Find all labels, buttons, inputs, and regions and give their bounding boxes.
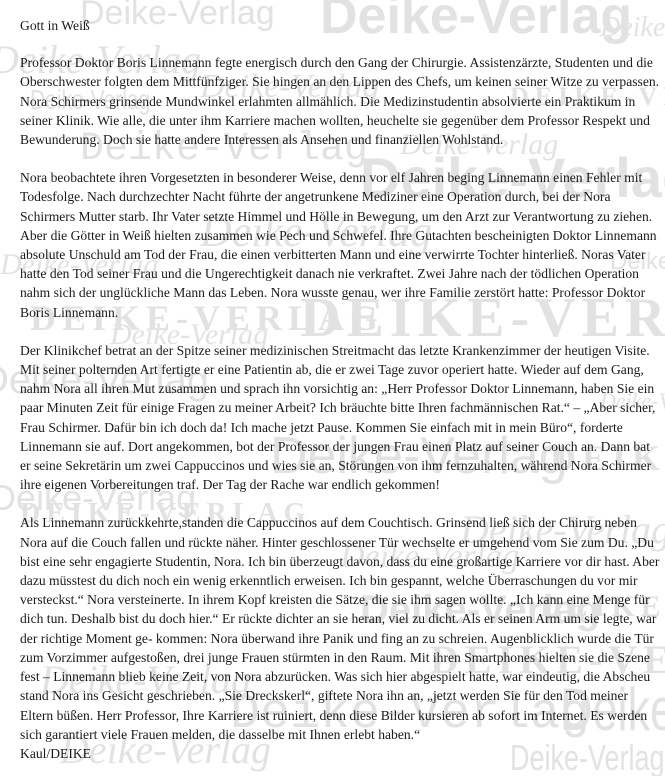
document-body: Gott in Weiß Professor Doktor Boris Linn… xyxy=(20,16,660,763)
paragraph: Der Klinikchef betrat an der Spitze sein… xyxy=(20,341,660,495)
paragraph: Nora beobachtete ihren Vorgesetzten in b… xyxy=(20,168,660,322)
author-signature: Kaul/DEIKE xyxy=(20,744,660,763)
paragraph: Professor Doktor Boris Linnemann fegte e… xyxy=(20,53,660,149)
paragraph: Als Linnemann zurückkehrte,standen die C… xyxy=(20,513,660,743)
document-title: Gott in Weiß xyxy=(20,16,660,35)
